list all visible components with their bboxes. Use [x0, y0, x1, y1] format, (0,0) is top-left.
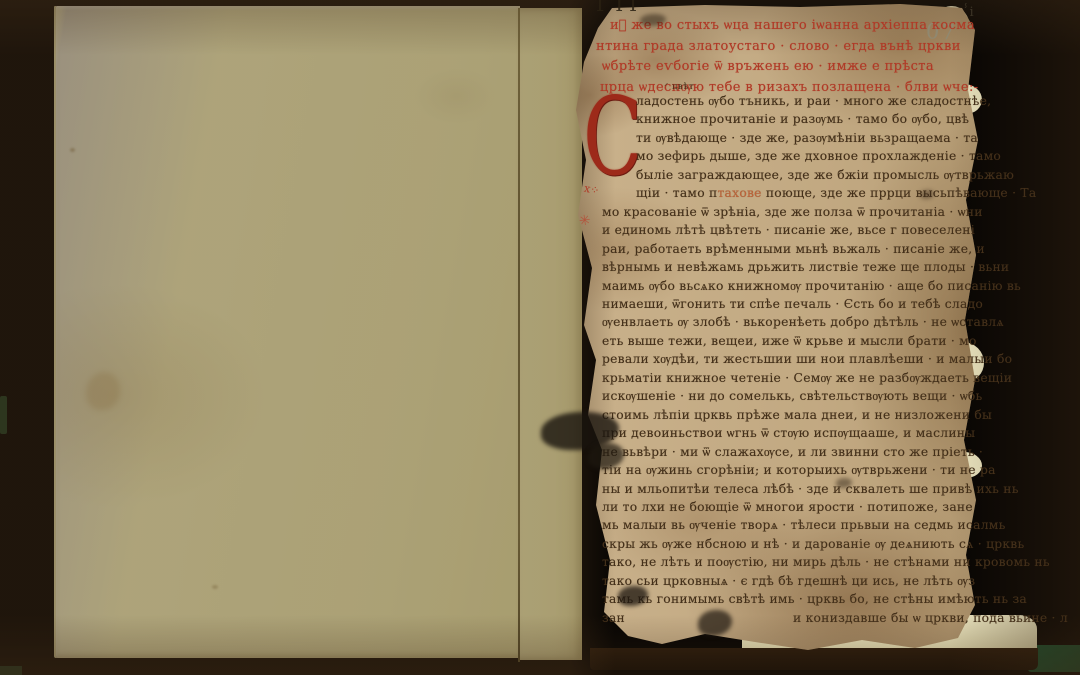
text-segment: раи, работаеть врѣменными мьнѣ вьжаль · … [602, 242, 985, 256]
text-line: вѣрнымь и невѣжамь дрьжить листвіе теже … [602, 258, 974, 276]
text-line: искѹшеніе · ни до сомелькь, свѣтельствѹю… [602, 387, 974, 405]
text-segment: при девоиньствои ѡгнь ѿ стѹю испѹщааше, … [602, 426, 975, 440]
text-line: тако, не лѣть и поѹстію, ни мирь дѣль · … [602, 553, 974, 571]
margin-mark: ✳ [578, 212, 592, 229]
text-segment: ѹенвлаеть ѹ злобѣ · вькоренѣеть добро дѣ… [602, 315, 1004, 329]
text-segment: ли то лхи не боющіе ѿ многои ярости · по… [602, 500, 973, 514]
page-speck [70, 148, 75, 152]
text-segment: еть выше тежи, вещеи, иже ѿ крьве и мысл… [602, 334, 977, 348]
rubric-line: ѡбрѣте еѵбогіе ѿ връжень ею · имже е прѣ… [602, 57, 968, 78]
photo-background: ГІІ ⸯі 07 и꙼ же во стыхъ ѡца нашего іѡан… [0, 0, 1080, 675]
text-line: крьматіи книжное четеніе · Семѹ же не ра… [602, 369, 974, 387]
cover-cloth-edge [0, 396, 7, 434]
text-segment: маимь ѹбо вьсѧко книжномѹ прочитанію · а… [602, 279, 1021, 293]
text-line: ревали хѹдѣи, ти жестьшии ши нои плавлѣе… [602, 350, 974, 368]
text-line: книжное прочитаніе и разѹмь · тамо бо ѹб… [602, 110, 974, 128]
text-line: не вьвѣри · ми ѿ слажахѹсе, и ли звинни … [602, 443, 974, 461]
text-segment: ладостень ѹбо тъникь, и раи · много же с… [636, 94, 991, 108]
text-segment: не вьвѣри · ми ѿ слажахѹсе, и ли звинни … [602, 445, 983, 459]
text-segment: тахове [718, 186, 762, 200]
text-line: мо зефирь дыше, зде же дховное прохлажде… [602, 147, 974, 165]
page-fold-line [518, 8, 520, 662]
text-line: ны и мльопитѣи телеса лѣбѣ · зде и сквал… [602, 480, 974, 498]
page-speck [212, 585, 218, 589]
text-line: быліе заграждающее, зде же бжіи промысль… [602, 166, 974, 184]
text-segment: искѹшеніе · ни до сомелькь, свѣтельствѹю… [602, 389, 983, 403]
text-segment: ти ѹвѣдающе · зде же, разѹмѣніи вьзращае… [636, 131, 978, 145]
text-segment: скры жь ѹже нбсною и нѣ · и дарованіе ѹ … [602, 537, 1024, 551]
text-segment: книжное прочитаніе и разѹмь · тамо бо ѹб… [636, 112, 969, 126]
text-line: ладостень ѹбо тъникь, и раи · много же с… [602, 92, 974, 110]
blank-left-page [56, 6, 520, 658]
manuscript-text-block: ладостень ѹбо тъникь, и раи · много же с… [602, 92, 974, 627]
text-segment: мь малыи вь ѹченіе творѧ · тѣлеси прьвыи… [602, 518, 1006, 532]
text-segment: тамь кь гонимымь свѣтѣ имь · црквь бо, н… [602, 592, 1027, 606]
text-line: ѹенвлаеть ѹ злобѣ · вькоренѣеть добро дѣ… [602, 313, 974, 331]
text-line: мо красованіе ѿ зрѣніа, зде же полза ѿ п… [602, 203, 974, 221]
text-line: щіи · тамо птахове поюще, зде же пррци в… [602, 184, 974, 202]
text-segment: щіи · тамо п [636, 186, 718, 200]
text-line: тіи на ѹжинь сгорѣніи; и которыихь ѹтврь… [602, 461, 974, 479]
text-segment: вѣрнымь и невѣжамь дрьжить листвіе теже … [602, 260, 1009, 274]
text-line: нимаеши, ѿгонить ти спѣе печаль · Єсть б… [602, 295, 974, 313]
text-segment: ны и мльопитѣи телеса лѣбѣ · зде и сквал… [602, 482, 1019, 496]
text-segment: мо зефирь дыше, зде же дховное прохлажде… [636, 149, 1001, 163]
text-segment: крьматіи книжное четеніе · Семѹ же не ра… [602, 371, 1012, 385]
text-line: стоимь лѣпіи црквь прѣже мала днеи, и не… [602, 406, 974, 424]
text-line: и единомь лѣтѣ цвѣтеть · писаніе же, вьс… [602, 221, 974, 239]
text-line: ли то лхи не боющіе ѿ многои ярости · по… [602, 498, 974, 516]
text-line: при девоиньствои ѡгнь ѿ стѹю испѹщааше, … [602, 424, 974, 442]
text-segment: тіи на ѹжинь сгорѣніи; и которыихь ѹтврь… [602, 463, 996, 477]
rubric-line: нтина града златоустаго · слово · егда в… [596, 36, 968, 57]
text-line: зани кониздавше бы ѡ цркви, пода вьине ·… [602, 609, 974, 627]
text-line: ти ѹвѣдающе · зде же, разѹмѣніи вьзращае… [602, 129, 974, 147]
text-segment: и кониздавше бы ѡ цркви, пода вьине · л [793, 611, 1068, 625]
text-segment: быліе заграждающее, зде же бжіи промысль… [636, 168, 1014, 182]
text-segment: мо красованіе ѿ зрѣніа, зде же полза ѿ п… [602, 205, 983, 219]
page-stain [86, 372, 120, 410]
book-edge-shadow [590, 648, 1038, 670]
under-page-strip [520, 8, 582, 660]
text-segment: поюще, зде же пррци высьпѣвающе · Та [762, 186, 1037, 200]
text-segment: ревали хѹдѣи, ти жестьшии ши нои плавлѣе… [602, 352, 1012, 366]
text-segment: нимаеши, ѿгонить ти спѣе печаль · Єсть б… [602, 297, 983, 311]
text-segment: стоимь лѣпіи црквь прѣже мала днеи, и не… [602, 408, 992, 422]
interlinear-correction: ⸍ цвѣт [664, 81, 694, 92]
text-segment: зан [602, 611, 625, 625]
text-line: скры жь ѹже нбсною и нѣ · и дарованіе ѹ … [602, 535, 974, 553]
text-line: раи, работаеть врѣменными мьнѣ вьжаль · … [602, 240, 974, 258]
text-line: мь малыи вь ѹченіе творѧ · тѣлеси прьвыи… [602, 516, 974, 534]
text-segment: тако, не лѣть и поѹстію, ни мирь дѣль · … [602, 555, 1050, 569]
text-line: тамь кь гонимымь свѣтѣ имь · црквь бо, н… [602, 590, 974, 608]
text-line: маимь ѹбо вьсѧко книжномѹ прочитанію · а… [602, 277, 974, 295]
text-line: еть выше тежи, вещеи, иже ѿ крьве и мысл… [602, 332, 974, 350]
cropped-top-marks: ГІІ [596, 0, 643, 16]
cover-cloth-edge [0, 666, 22, 675]
text-segment: и единомь лѣтѣ цвѣтеть · писаніе же, вьс… [602, 223, 975, 237]
text-segment: тако сьи црковныѧ · є гдѣ бѣ гдешнѣ ци и… [602, 574, 975, 588]
text-line: тако сьи црковныѧ · є гдѣ бѣ гдешнѣ ци и… [602, 572, 974, 590]
rubric-header: и꙼ же во стыхъ ѡца нашего іѡанна архіепп… [596, 16, 968, 98]
